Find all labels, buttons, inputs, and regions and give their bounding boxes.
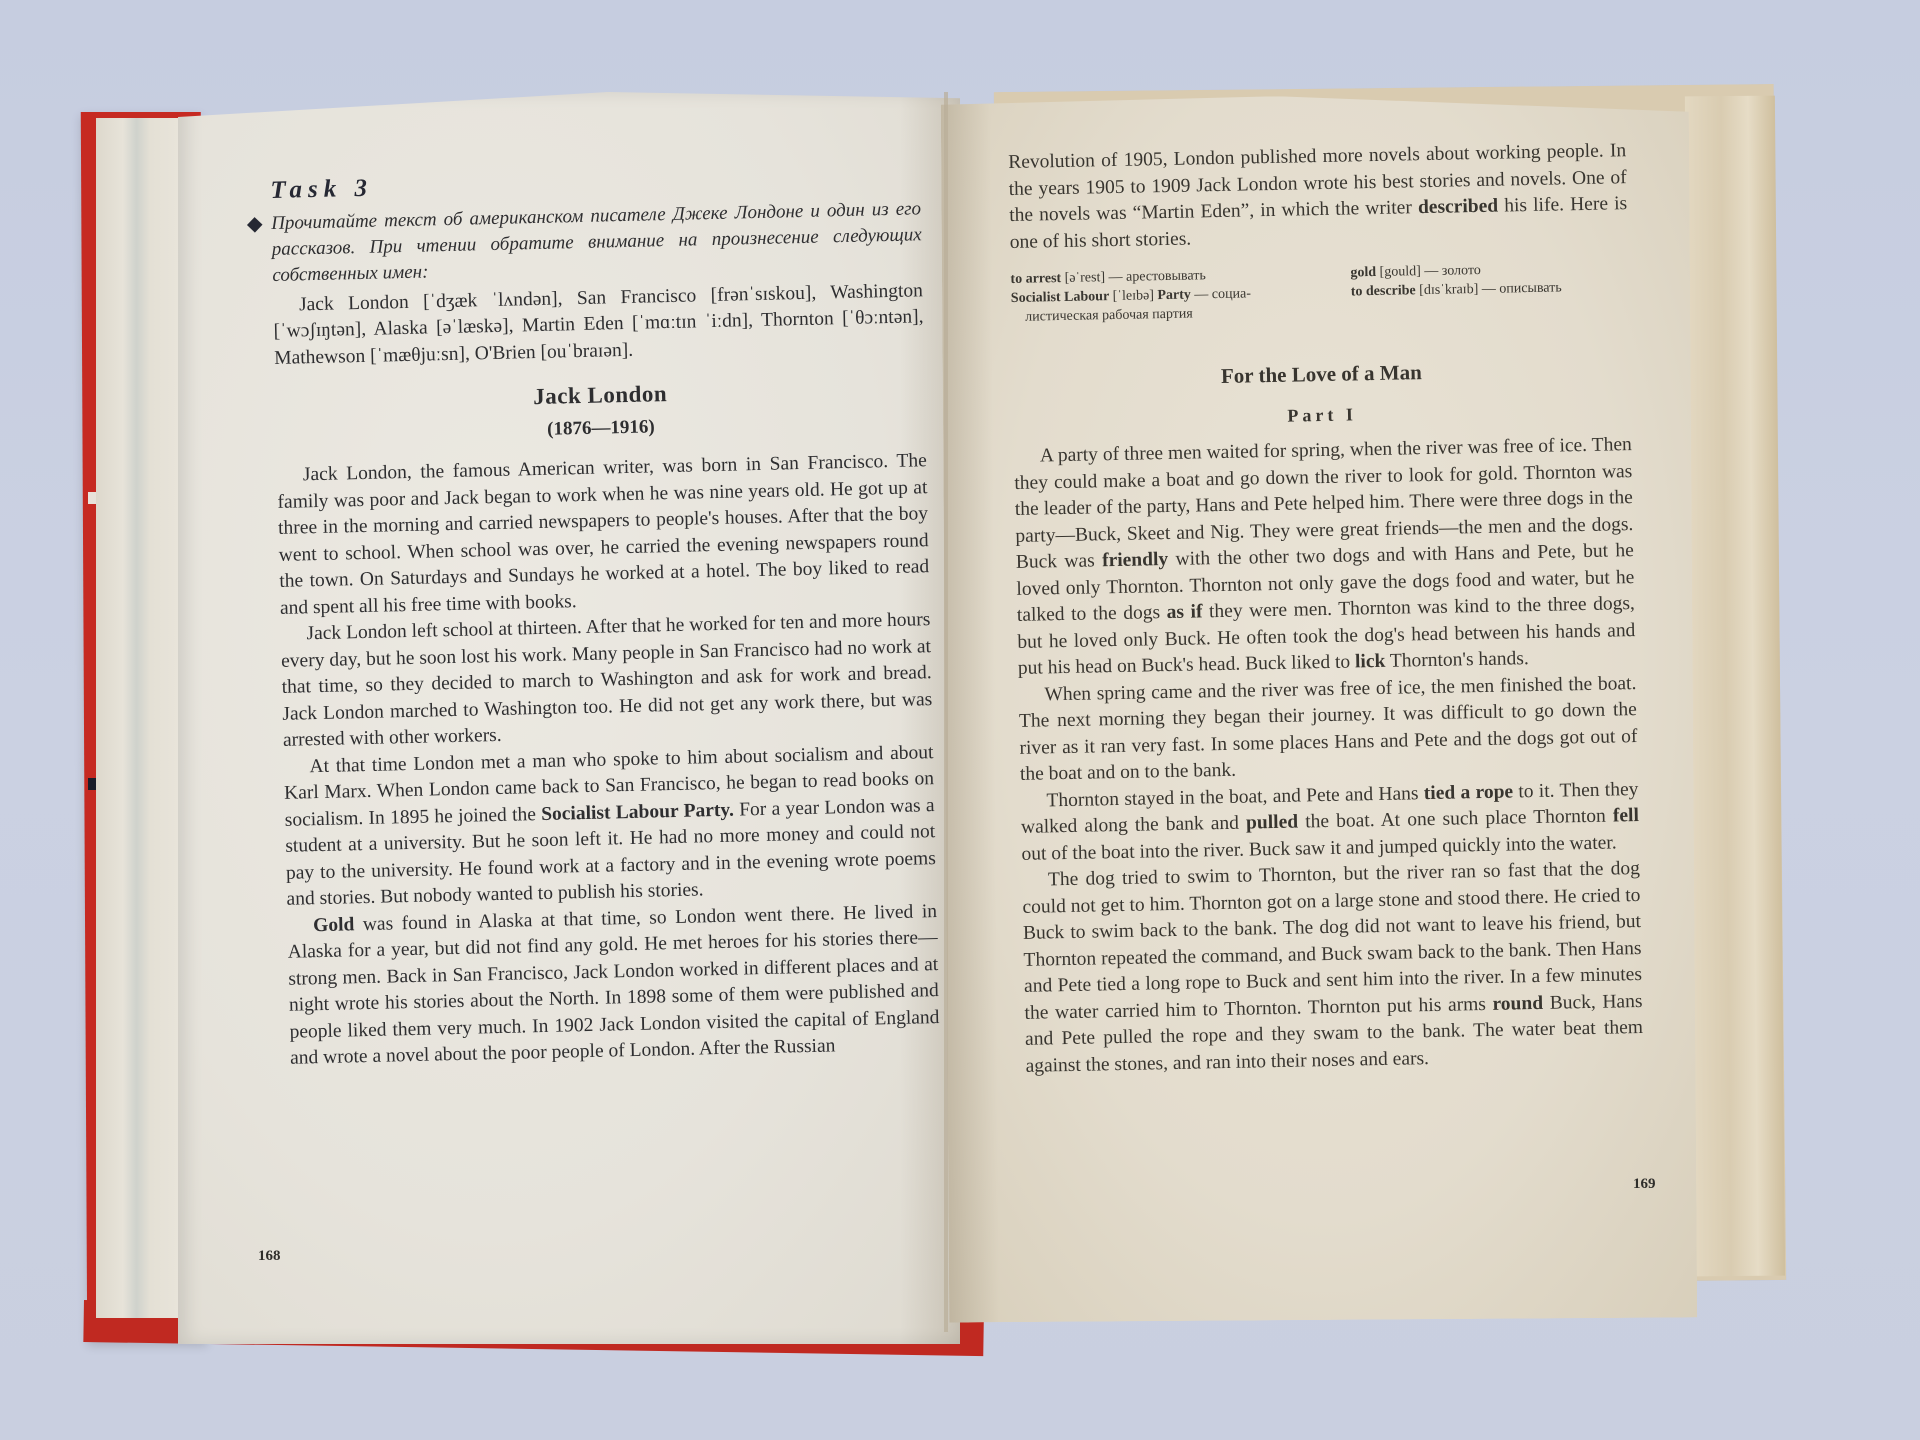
vocab-translation: — золото [1424, 263, 1481, 279]
vocab-pron: [əˈrest] [1065, 270, 1106, 286]
bold-term: Socialist Labour Party. [541, 799, 734, 824]
vocab-term: gold [1350, 265, 1376, 280]
right-page-text: Revolution of 1905, London published mor… [1008, 138, 1644, 1080]
left-page-stack-edge [96, 118, 186, 1318]
task-instruction: Прочитайте текст об американском писател… [271, 196, 923, 289]
paragraph: Thornton stayed in the boat, and Pete an… [1020, 777, 1639, 868]
bold-term: fell [1613, 805, 1639, 826]
vocab-pron: [gould] [1379, 264, 1420, 280]
vocab-translation: — описывать [1482, 280, 1562, 297]
text-run: Thornton stayed in the boat, and Pete an… [1046, 783, 1424, 811]
right-page-stack-edge [1685, 96, 1785, 1277]
bold-term: described [1418, 196, 1499, 219]
vocab-translation: — социа- [1194, 286, 1251, 302]
vocab-term: Party [1157, 288, 1191, 304]
paragraph: Jack London left school at thirteen. Aft… [280, 607, 933, 754]
bold-term: Gold [313, 914, 355, 936]
page-number-left: 168 [258, 1248, 281, 1265]
text-run: Thornton's hands. [1385, 648, 1529, 672]
paragraph: Jack London, the famous American writer,… [277, 448, 930, 622]
paragraph: Gold was found in Alaska at that time, s… [287, 899, 940, 1073]
text-run: the boat. At one such place Thornton [1298, 806, 1613, 833]
bold-term: friendly [1102, 549, 1168, 571]
part-heading: Part I [1013, 396, 1631, 434]
bold-term: tied a rope [1424, 781, 1514, 804]
photo-scene: Task 3 Прочитайте текст об американском … [0, 0, 1920, 1440]
bold-term: lick [1355, 651, 1386, 673]
bold-term: round [1492, 992, 1543, 1014]
page-number-right: 169 [1633, 1176, 1656, 1193]
vocab-term: Socialist Labour [1011, 289, 1110, 306]
story-title: For the Love of a Man [1012, 355, 1630, 393]
vocab-term: to describe [1351, 283, 1416, 299]
paragraph: When spring came and the river was free … [1018, 671, 1638, 789]
vocab-term: to arrest [1010, 271, 1061, 287]
pronunciation-list: Jack London [ˈdʒæk ˈlʌndən], San Francis… [273, 278, 925, 372]
instruction-text: Прочитайте текст об американском писател… [271, 198, 922, 286]
left-page-text: Task 3 Прочитайте текст об американском … [270, 155, 940, 1072]
paragraph: Revolution of 1905, London published mor… [1008, 138, 1628, 256]
vocab-item: to describe [dɪsˈkraɪb] — описывать [1351, 277, 1629, 301]
book-gutter [944, 92, 948, 1332]
bold-term: pulled [1246, 812, 1298, 834]
paragraph: A party of three men waited for spring, … [1014, 432, 1636, 682]
vocab-pron: [dɪsˈkraɪb] [1419, 282, 1478, 298]
text-run: was found in Alaska at that time, so Lon… [288, 901, 940, 1069]
paragraph: The dog tried to swim to Thornton, but t… [1022, 856, 1644, 1080]
paragraph: At that time London met a man who spoke … [283, 740, 936, 914]
vocabulary-box: to arrest [əˈrest] — арестовывать gold [… [1010, 258, 1629, 327]
bold-term: as if [1166, 601, 1202, 623]
vocab-pron: [ˈleɪbə] [1113, 288, 1154, 304]
vocab-translation: — арестовывать [1108, 268, 1206, 285]
